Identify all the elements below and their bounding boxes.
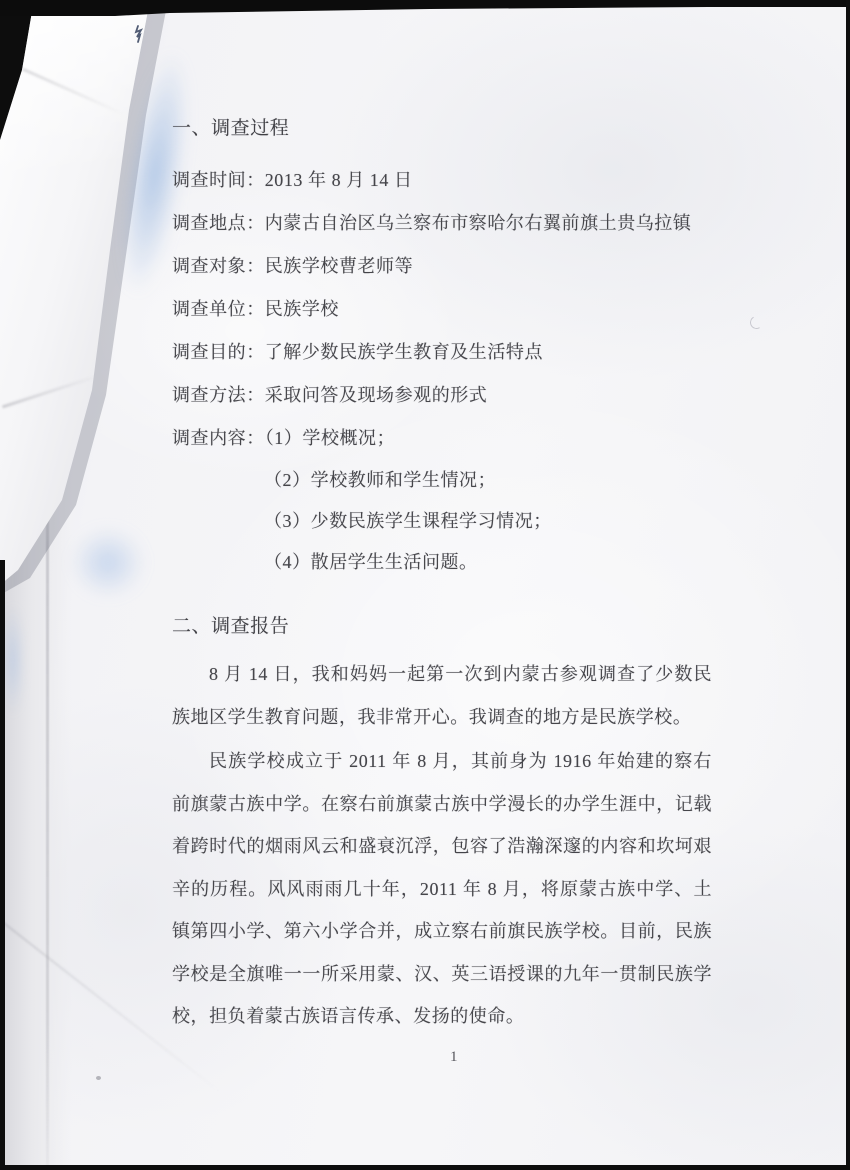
field-value: 民族学校 [265,299,339,319]
page-number: 1 [450,1049,458,1066]
document-body: 一、调查过程 调查时间：2013 年 8 月 14 日 调查地点：内蒙古自治区乌… [172,113,712,1038]
field-label: 调查目的： [172,342,265,362]
content-item: （4）散居学生生活问题。 [172,542,712,583]
scanner-background-bottom-edge [0,1165,850,1170]
scanner-light-leak [58,515,158,610]
field-label: 调查对象： [172,256,265,276]
dust-speck [96,1076,101,1080]
field-label: 调查内容： [172,428,265,448]
report-paragraph: 民族学校成立于 2011 年 8 月，其前身为 1916 年始建的察右前旗蒙古族… [172,740,712,1038]
field-label: 调查地点： [172,213,265,233]
section2-heading: 二、调查报告 [172,611,712,643]
field-value: 民族学校曹老师等 [265,256,413,276]
field-value: 采取问答及现场参观的形式 [265,385,488,405]
content-item: （2）学校教师和学生情况； [172,460,712,501]
scanner-background-right-edge [846,0,850,1170]
scanned-document-page: 一、调查过程 调查时间：2013 年 8 月 14 日 调查地点：内蒙古自治区乌… [0,0,850,1170]
field-label: 调查时间： [172,170,265,190]
field-row-content: 调查内容：（1）学校概况； [172,417,712,460]
field-row-subject: 调查对象：民族学校曹老师等 [172,245,712,288]
field-label: 调查方法： [172,385,265,405]
section1-heading: 一、调查过程 [172,113,712,145]
field-label: 调查单位： [172,299,265,319]
field-row-place: 调查地点：内蒙古自治区乌兰察布市察哈尔右翼前旗土贵乌拉镇 [172,202,712,245]
field-value: 2013 年 8 月 14 日 [265,170,413,190]
field-value: 内蒙古自治区乌兰察布市察哈尔右翼前旗土贵乌拉镇 [265,213,692,233]
field-row-method: 调查方法：采取问答及现场参观的形式 [172,374,712,417]
content-item: （3）少数民族学生课程学习情况； [172,501,712,542]
field-value: 了解少数民族学生教育及生活特点 [265,342,543,362]
ink-mark [132,24,146,49]
report-paragraph: 8 月 14 日，我和妈妈一起第一次到内蒙古参观调查了少数民族地区学生教育问题，… [172,653,712,738]
field-row-unit: 调查单位：民族学校 [172,288,712,331]
scanner-background-left-edge [0,560,5,1170]
field-row-purpose: 调查目的：了解少数民族学生教育及生活特点 [172,331,712,374]
field-value: （1）学校概况； [265,428,395,448]
survey-fields: 调查时间：2013 年 8 月 14 日 调查地点：内蒙古自治区乌兰察布市察哈尔… [172,159,712,460]
field-row-time: 调查时间：2013 年 8 月 14 日 [172,159,712,202]
content-item-list: （2）学校教师和学生情况； （3）少数民族学生课程学习情况； （4）散居学生生活… [172,460,712,583]
